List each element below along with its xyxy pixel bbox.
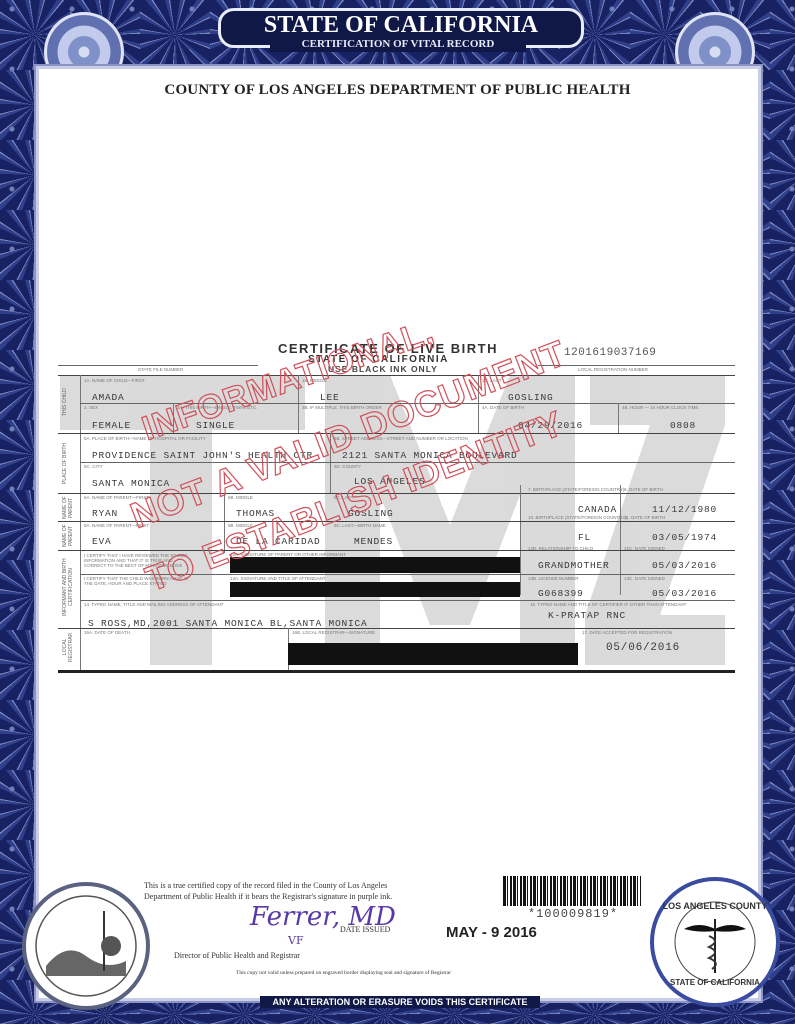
- los-angeles-county-seal: LOS ANGELES COUNTY STATE OF CALIFORNIA: [650, 877, 780, 1007]
- certificate-number: 1201619037169: [564, 347, 656, 359]
- county-heading: COUNTY OF LOS ANGELES DEPARTMENT OF PUBL…: [0, 82, 795, 99]
- child-first-name: AMADA: [92, 392, 125, 403]
- license-label: 13B. LICENSE NUMBER: [528, 576, 579, 581]
- informant-date-signed: 05/03/2016: [652, 560, 717, 571]
- attendant-sig-label: 13A. SIGNATURE AND TITLE OF ATTENDANT: [230, 576, 326, 581]
- seal-bottom-text: STATE OF CALIFORNIA: [670, 978, 760, 987]
- mother-last-name: MENDES: [354, 536, 393, 547]
- section-child: THIS CHILD: [62, 382, 68, 422]
- sex-label: 2. SEX: [84, 405, 98, 410]
- registrar-date-label: 16A. DATE OF DEATH: [84, 630, 130, 635]
- attendant-date-signed: 05/03/2016: [652, 588, 717, 599]
- alteration-warning: ANY ALTERATION OR ERASURE VOIDS THIS CER…: [260, 996, 540, 1008]
- mother-birthplace-label: 10. BIRTHPLACE (STATE/FOREIGN COUNTRY): [528, 515, 627, 520]
- city-label: 5C. CITY: [84, 464, 103, 469]
- child-dob-label: 4A. DATE OF BIRTH: [482, 405, 524, 410]
- signature-initials: VF: [288, 934, 304, 947]
- validity-note: This copy not valid unless prepared on e…: [236, 968, 451, 979]
- california-state-seal: [22, 882, 150, 1010]
- redacted-informant-signature: [230, 557, 520, 573]
- attendant-license: G068399: [538, 588, 584, 599]
- date-accepted: 05/06/2016: [606, 642, 680, 654]
- father-first-name: RYAN: [92, 508, 118, 519]
- father-dob: 11/12/1980: [652, 504, 717, 515]
- section-informant: INFORMANT AND BIRTH CERTIFICATION: [62, 556, 74, 618]
- mother-birthplace: FL: [578, 532, 591, 543]
- section-local-registrar: LOCAL REGISTRAR: [62, 632, 74, 662]
- father-dob-label: 8. DATE OF BIRTH: [624, 487, 663, 492]
- redacted-attendant-signature: [230, 582, 520, 597]
- barcode-number: *100009819*: [503, 907, 643, 921]
- barcode: [503, 876, 641, 906]
- county-label: 5D. COUNTY: [334, 464, 361, 469]
- registrar-sig-label: 16B. LOCAL REGISTRAR—SIGNATURE: [292, 630, 375, 635]
- section-parent-2: NAME OF PARENT: [62, 524, 74, 548]
- informant-date-label: 12C. DATE SIGNED: [624, 546, 665, 551]
- child-middle-name: LEE: [320, 392, 340, 403]
- redacted-registrar-signature: [288, 643, 578, 665]
- child-last-name: GOSLING: [508, 392, 554, 403]
- section-parent-1: NAME OF PARENT: [62, 496, 74, 520]
- birth-hour: 0808: [670, 420, 696, 431]
- child-first-label: 1A. NAME OF CHILD—FIRST: [84, 378, 145, 383]
- father-birthplace-label: 7. BIRTHPLACE (STATE/FOREIGN COUNTRY): [528, 487, 624, 492]
- child-sex: FEMALE: [92, 420, 131, 431]
- mother-dob: 03/05/1974: [652, 532, 717, 543]
- state-file-label: STATE FILE NUMBER: [138, 367, 183, 372]
- seal-top-text: LOS ANGELES COUNTY: [663, 901, 768, 911]
- date-issued-label: DATE ISSUED: [340, 924, 390, 935]
- hour-label: 4B. HOUR — 24 HOUR CLOCK TIME: [622, 405, 698, 410]
- certifier-label: 15. TYPED NAME AND TITLE OF CERTIFIER IF…: [530, 602, 686, 607]
- date-issued: MAY - 9 2016: [446, 924, 537, 941]
- banner-title: STATE OF CALIFORNIA: [221, 12, 581, 39]
- banner-subtitle: CERTIFICATION OF VITAL RECORD: [270, 37, 526, 52]
- director-label: Director of Public Health and Registrar: [174, 950, 300, 961]
- mother-dob-label: 11. DATE OF BIRTH: [624, 515, 665, 520]
- certification-text-line-2: Department of Public Health if it bears …: [144, 891, 392, 902]
- local-reg-label: LOCAL REGISTRATION NUMBER: [578, 367, 648, 372]
- certification-text-line-1: This is a true certified copy of the rec…: [144, 880, 387, 891]
- relationship-label: 12B. RELATIONSHIP TO CHILD: [528, 546, 593, 551]
- informant-relationship: GRANDMOTHER: [538, 560, 610, 571]
- section-place: PLACE OF BIRTH: [62, 438, 68, 488]
- attendant-date-label: 13C. DATE SIGNED: [624, 576, 665, 581]
- mother-first-name: EVA: [92, 536, 112, 547]
- accepted-label: 17. DATE ACCEPTED FOR REGISTRATION: [582, 630, 672, 635]
- certifier-name: K-PRATAP RNC: [548, 610, 626, 621]
- attendant-name-label: 14. TYPED NAME, TITLE AND MAILING ADDRES…: [84, 602, 224, 607]
- father-birthplace: CANADA: [578, 504, 617, 515]
